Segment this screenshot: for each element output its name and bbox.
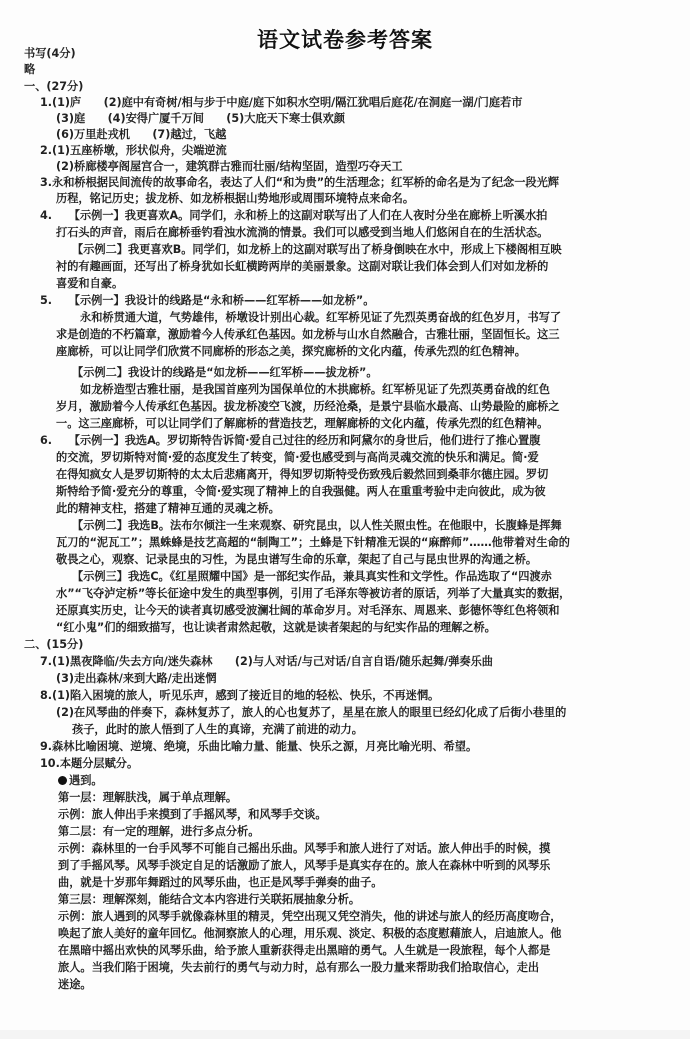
text-line: 【示例二】我选B。法布尔倾注一生来观察、研究昆虫，以人性关照虫性。在他眼中，长腹… <box>72 519 562 533</box>
text-line: 书写(4分) <box>24 47 76 61</box>
text-line: (2)桥廊楼亭阁屋宫合一，建筑群古雅而壮丽/结构坚固，造型巧夺天工 <box>56 160 403 174</box>
text-line: 斯特给予简·爱充分的尊重，令简·爱实现了精神上的自我强健。两人在重重考验中走向彼… <box>56 485 546 499</box>
bullet-icon <box>58 776 67 785</box>
text-line: 第二层：有一定的理解，进行多点分析。 <box>58 825 259 839</box>
text-line: 7.(1)黑夜降临/失去方向/迷失森林 (2)与人对话/与己对话/自言自语/随乐… <box>40 655 493 669</box>
text-line: 孩子，此时的旅人悟到了人生的真谛，充满了前进的动力。 <box>72 723 363 737</box>
line-text: 第一层：理解肤浅，属于单点理解。 <box>58 791 237 804</box>
line-text: 水”“飞夺泸定桥”等长征途中发生的典型事例，引用了毛泽东等被访者的原话，列举了大… <box>56 587 570 600</box>
line-text: 在得知疯女人是罗切斯特的太太后悲痛离开，得知罗切斯特受伤致残后毅然回到桑菲尔德庄… <box>56 468 548 481</box>
line-text: 打石头的声音，雨后在廊桥垂钓看浊水流淌的情景。我们可以感受到当地人们悠闲自在的生… <box>56 226 548 239</box>
line-text: 旅人。当我们陷于困境，失去前行的勇气与动力时，总有那么一股力量来帮助我们拾取信心… <box>58 961 539 974</box>
line-text: (6)万里赴戎机 (7)越过，飞越 <box>56 128 226 141</box>
line-text: 示例：森林里的一台手风琴不可能自己摇出乐曲。风琴手和旅人进行了对话。旅人伸出手的… <box>58 842 550 855</box>
text-line: 4. 【示例一】我更喜欢A。同学们，永和桥上的这副对联写出了人们在人夜时分坐在廊… <box>40 209 547 223</box>
line-text: (3)庭 (4)安得广厦千万间 (5)大庇天下寒士俱欢颜 <box>56 112 345 125</box>
text-line: 打石头的声音，雨后在廊桥垂钓看浊水流淌的情景。我们可以感受到当地人们悠闲自在的生… <box>56 226 548 240</box>
text-line: 的交流，罗切斯特对简·爱的态度发生了转变，简·爱也感受到与高尚灵魂交流的快乐和满… <box>56 451 539 465</box>
line-text: 9.森林比喻困境、逆境、绝境，乐曲比喻力量、能量、快乐之源，月亮比喻光明、希望。 <box>40 740 477 753</box>
text-line: (2)在风琴曲的伴奏下，森林复苏了，旅人的心也复苏了，星星在旅人的眼里已经幻化成… <box>56 706 566 720</box>
text-line: 求是创造的不朽篇章，激励着今人传承红色基因。如龙桥与山水自然融合，古雅壮丽，坚固… <box>56 328 559 342</box>
line-text: 喜爱和自豪。 <box>56 277 123 290</box>
text-line: (6)万里赴戎机 (7)越过，飞越 <box>56 128 226 142</box>
line-text: 衬的有趣画面，还写出了桥身犹如长虹横跨两岸的美丽景象。这副对联让我们体会到人们对… <box>56 260 548 273</box>
line-text: 座廊桥，可以让同学们欣赏不同廊桥的形态之美，探究廊桥的文化内蕴，传承先烈的红色精… <box>56 345 526 358</box>
text-line: 【示例三】我选C。《红星照耀中国》是一部纪实作品，兼具真实性和文学性。作品选取了… <box>72 570 552 584</box>
text-line: 【示例二】我更喜欢B。同学们，如龙桥上的这副对联写出了桥身倒映在水中，形成上下楼… <box>72 243 562 257</box>
line-text: 永和桥贯通大道，气势雄伟，桥墩设计别出心裁。红军桥见证了先烈英勇奋战的红色岁月，… <box>80 311 561 324</box>
text-line: 还原真实历史，让今天的读者真切感受波澜壮阔的革命岁月。对毛泽东、周恩来、彭德怀等… <box>56 604 559 618</box>
text-line: 遇到。 <box>58 774 103 788</box>
text-line: 永和桥贯通大道，气势雄伟，桥墩设计别出心裁。红军桥见证了先烈英勇奋战的红色岁月，… <box>80 311 561 325</box>
line-text: 还原真实历史，让今天的读者真切感受波澜壮阔的革命岁月。对毛泽东、周恩来、彭德怀等… <box>56 604 559 617</box>
text-line: 座廊桥，可以让同学们欣赏不同廊桥的形态之美，探究廊桥的文化内蕴，传承先烈的红色精… <box>56 345 526 359</box>
line-text: 7.(1)黑夜降临/失去方向/迷失森林 (2)与人对话/与己对话/自言自语/随乐… <box>40 655 493 668</box>
text-line: 衬的有趣画面，还写出了桥身犹如长虹横跨两岸的美丽景象。这副对联让我们体会到人们对… <box>56 260 548 274</box>
line-text: 第二层：有一定的理解，进行多点分析。 <box>58 825 259 838</box>
line-text: 示例：旅人遇到的风琴手就像森林里的精灵，凭空出现又凭空消失，他的讲述与旅人的经历… <box>58 910 561 923</box>
text-line: 到了手摇风琴。风琴手淡定自足的话激励了旅人，风琴手是真实存在的。旅人在森林中听到… <box>58 859 550 873</box>
line-text: 在黑暗中摇出欢快的风琴乐曲，给予旅人重新获得走出黑暗的勇气。人生就是一段旅程，每… <box>58 944 550 957</box>
line-text: 瓦刀的“泥瓦工”；黑蛛蜂是技艺高超的“制陶工”；土蜂是下针精准无误的“麻醉师”…… <box>56 536 570 549</box>
text-line: 历程，铭记历史；拔龙桥、如龙桥根据山势地形或周围环境特点来命名。 <box>56 192 414 206</box>
text-line: (3)走出森林/来到大路/走出迷惘 <box>56 672 216 686</box>
text-line: “红小鬼”们的细致描写，也让读者肃然起敬，这就是读者架起的与纪实作品的理解之桥。 <box>56 621 496 635</box>
text-line: 9.森林比喻困境、逆境、绝境，乐曲比喻力量、能量、快乐之源，月亮比喻光明、希望。 <box>40 740 477 754</box>
line-text: 二、(15分) <box>24 638 83 651</box>
text-line: (3)庭 (4)安得广厦千万间 (5)大庇天下寒士俱欢颜 <box>56 112 345 126</box>
line-text: 【示例二】我选B。法布尔倾注一生来观察、研究昆虫，以人性关照虫性。在他眼中，长腹… <box>72 519 562 532</box>
text-line: 岁月，激励着今人传承红色基因。拔龙桥凌空飞渡，历经沧桑，是景宁县临水最高、山势最… <box>56 400 559 414</box>
line-text: (2)桥廊楼亭阁屋宫合一，建筑群古雅而壮丽/结构坚固，造型巧夺天工 <box>56 160 403 173</box>
text-line: 旅人。当我们陷于困境，失去前行的勇气与动力时，总有那么一股力量来帮助我们拾取信心… <box>58 961 539 975</box>
line-text: 到了手摇风琴。风琴手淡定自足的话激励了旅人，风琴手是真实存在的。旅人在森林中听到… <box>58 859 550 872</box>
line-text: 孩子，此时的旅人悟到了人生的真谛，充满了前进的动力。 <box>72 723 363 736</box>
line-text: 一。这三座廊桥，可以让同学们了解廊桥的营造技艺，理解廊桥的文化内蕴，传承先烈的红… <box>56 417 548 430</box>
text-line: 如龙桥造型古雅壮丽，是我国首座列为国保单位的木拱廊桥。红军桥见证了先烈英勇奋战的… <box>80 383 550 397</box>
line-text: 一、(27分) <box>24 80 83 93</box>
line-text: 的交流，罗切斯特对简·爱的态度发生了转变，简·爱也感受到与高尚灵魂交流的快乐和满… <box>56 451 539 464</box>
line-text: 【示例二】我更喜欢B。同学们，如龙桥上的这副对联写出了桥身倒映在水中，形成上下楼… <box>72 243 562 256</box>
line-text: 遇到。 <box>69 774 103 787</box>
text-line: 二、(15分) <box>24 638 83 652</box>
text-line: 8.(1)陷入困境的旅人，听见乐声，感到了接近目的地的轻松、快乐，不再迷惘。 <box>40 689 439 703</box>
line-text: 4. 【示例一】我更喜欢A。同学们，永和桥上的这副对联写出了人们在人夜时分坐在廊… <box>40 209 547 222</box>
line-text: 第三层：理解深刻，能结合文本内容进行关联拓展抽象分析。 <box>58 893 360 906</box>
text-line: 喜爱和自豪。 <box>56 277 123 291</box>
line-text: 求是创造的不朽篇章，激励着今人传承红色基因。如龙桥与山水自然融合，古雅壮丽，坚固… <box>56 328 559 341</box>
page-title: 语文试卷参考答案 <box>0 24 690 54</box>
text-line: 示例：旅人伸出手来摸到了手摇风琴，和风琴手交谈。 <box>58 808 327 822</box>
text-line: 在得知疯女人是罗切斯特的太太后悲痛离开，得知罗切斯特受伤致残后毅然回到桑菲尔德庄… <box>56 468 548 482</box>
text-line: 示例：旅人遇到的风琴手就像森林里的精灵，凭空出现又凭空消失，他的讲述与旅人的经历… <box>58 910 561 924</box>
text-line: 曲，就是十岁那年舞蹈过的风琴乐曲，也正是风琴手弹奏的曲子。 <box>58 876 382 890</box>
text-line: 略 <box>24 63 35 77</box>
text-line: 水”“飞夺泸定桥”等长征途中发生的典型事例，引用了毛泽东等被访者的原话，列举了大… <box>56 587 570 601</box>
line-text: 10.本题分层赋分。 <box>40 757 138 770</box>
text-line: 5. 【示例一】我设计的线路是“永和桥——红军桥——如龙桥”。 <box>40 294 374 308</box>
line-text: 如龙桥造型古雅壮丽，是我国首座列为国保单位的木拱廊桥。红军桥见证了先烈英勇奋战的… <box>80 383 550 396</box>
text-line: 在黑暗中摇出欢快的风琴乐曲，给予旅人重新获得走出黑暗的勇气。人生就是一段旅程，每… <box>58 944 550 958</box>
text-line: 6. 【示例一】我选A。罗切斯特告诉简·爱自己过往的经历和阿黛尔的身世后，他们进… <box>40 434 540 448</box>
line-text: 略 <box>24 63 35 76</box>
text-line: 迷途。 <box>58 978 92 992</box>
text-line: 3.永和桥根据民间流传的故事命名，表达了人们“和为贵”的生活理念；红军桥的命名是… <box>40 176 559 190</box>
text-line: 此的精神支柱，搭建了精神互通的灵魂之桥。 <box>56 502 280 516</box>
line-text: 岁月，激励着今人传承红色基因。拔龙桥凌空飞渡，历经沧桑，是景宁县临水最高、山势最… <box>56 400 559 413</box>
line-text: 2.(1)五座桥墩，形状似舟，尖端逆流 <box>40 144 227 157</box>
text-line: 一。这三座廊桥，可以让同学们了解廊桥的营造技艺，理解廊桥的文化内蕴，传承先烈的红… <box>56 417 548 431</box>
line-text: 8.(1)陷入困境的旅人，听见乐声，感到了接近目的地的轻松、快乐，不再迷惘。 <box>40 689 439 702</box>
line-text: 唤起了旅人美好的童年回忆。他洞察旅人的心理，用乐观、淡定、积极的态度慰藉旅人，启… <box>58 927 561 940</box>
line-text: (2)在风琴曲的伴奏下，森林复苏了，旅人的心也复苏了，星星在旅人的眼里已经幻化成… <box>56 706 566 719</box>
text-line: 敬畏之心，观察、记录昆虫的习性，为昆虫谱写生命的乐章，架起了自己与昆虫世界的沟通… <box>56 553 537 567</box>
text-line: 一、(27分) <box>24 80 83 94</box>
line-text: 3.永和桥根据民间流传的故事命名，表达了人们“和为贵”的生活理念；红军桥的命名是… <box>40 176 559 189</box>
text-line: 2.(1)五座桥墩，形状似舟，尖端逆流 <box>40 144 227 158</box>
line-text: (3)走出森林/来到大路/走出迷惘 <box>56 672 216 685</box>
text-line: 1.(1)庐 (2)庭中有奇树/相与步于中庭/庭下如积水空明/隔江犹唱后庭花/在… <box>40 96 522 110</box>
text-line: 第一层：理解肤浅，属于单点理解。 <box>58 791 237 805</box>
line-text: 5. 【示例一】我设计的线路是“永和桥——红军桥——如龙桥”。 <box>40 294 374 307</box>
line-text: 敬畏之心，观察、记录昆虫的习性，为昆虫谱写生命的乐章，架起了自己与昆虫世界的沟通… <box>56 553 537 566</box>
answer-sheet-page: 语文试卷参考答案 书写(4分)略一、(27分)1.(1)庐 (2)庭中有奇树/相… <box>0 0 690 1030</box>
text-line: 10.本题分层赋分。 <box>40 757 138 771</box>
text-line: 唤起了旅人美好的童年回忆。他洞察旅人的心理，用乐观、淡定、积极的态度慰藉旅人，启… <box>58 927 561 941</box>
line-text: “红小鬼”们的细致描写，也让读者肃然起敬，这就是读者架起的与纪实作品的理解之桥。 <box>56 621 496 634</box>
line-text: 6. 【示例一】我选A。罗切斯特告诉简·爱自己过往的经历和阿黛尔的身世后，他们进… <box>40 434 540 447</box>
line-text: 【示例三】我选C。《红星照耀中国》是一部纪实作品，兼具真实性和文学性。作品选取了… <box>72 570 552 583</box>
line-text: 1.(1)庐 (2)庭中有奇树/相与步于中庭/庭下如积水空明/隔江犹唱后庭花/在… <box>40 96 522 109</box>
line-text: 书写(4分) <box>24 47 76 60</box>
line-text: 斯特给予简·爱充分的尊重，令简·爱实现了精神上的自我强健。两人在重重考验中走向彼… <box>56 485 546 498</box>
text-line: 瓦刀的“泥瓦工”；黑蛛蜂是技艺高超的“制陶工”；土蜂是下针精准无误的“麻醉师”…… <box>56 536 570 550</box>
line-text: 迷途。 <box>58 978 92 991</box>
line-text: 曲，就是十岁那年舞蹈过的风琴乐曲，也正是风琴手弹奏的曲子。 <box>58 876 382 889</box>
line-text: 此的精神支柱，搭建了精神互通的灵魂之桥。 <box>56 502 280 515</box>
text-line: 第三层：理解深刻，能结合文本内容进行关联拓展抽象分析。 <box>58 893 360 907</box>
line-text: 历程，铭记历史；拔龙桥、如龙桥根据山势地形或周围环境特点来命名。 <box>56 192 414 205</box>
text-line: 示例：森林里的一台手风琴不可能自己摇出乐曲。风琴手和旅人进行了对话。旅人伸出手的… <box>58 842 550 856</box>
line-text: 【示例二】我设计的线路是“如龙桥——红军桥——拔龙桥”。 <box>72 366 378 379</box>
line-text: 示例：旅人伸出手来摸到了手摇风琴，和风琴手交谈。 <box>58 808 327 821</box>
text-line: 【示例二】我设计的线路是“如龙桥——红军桥——拔龙桥”。 <box>72 366 378 380</box>
